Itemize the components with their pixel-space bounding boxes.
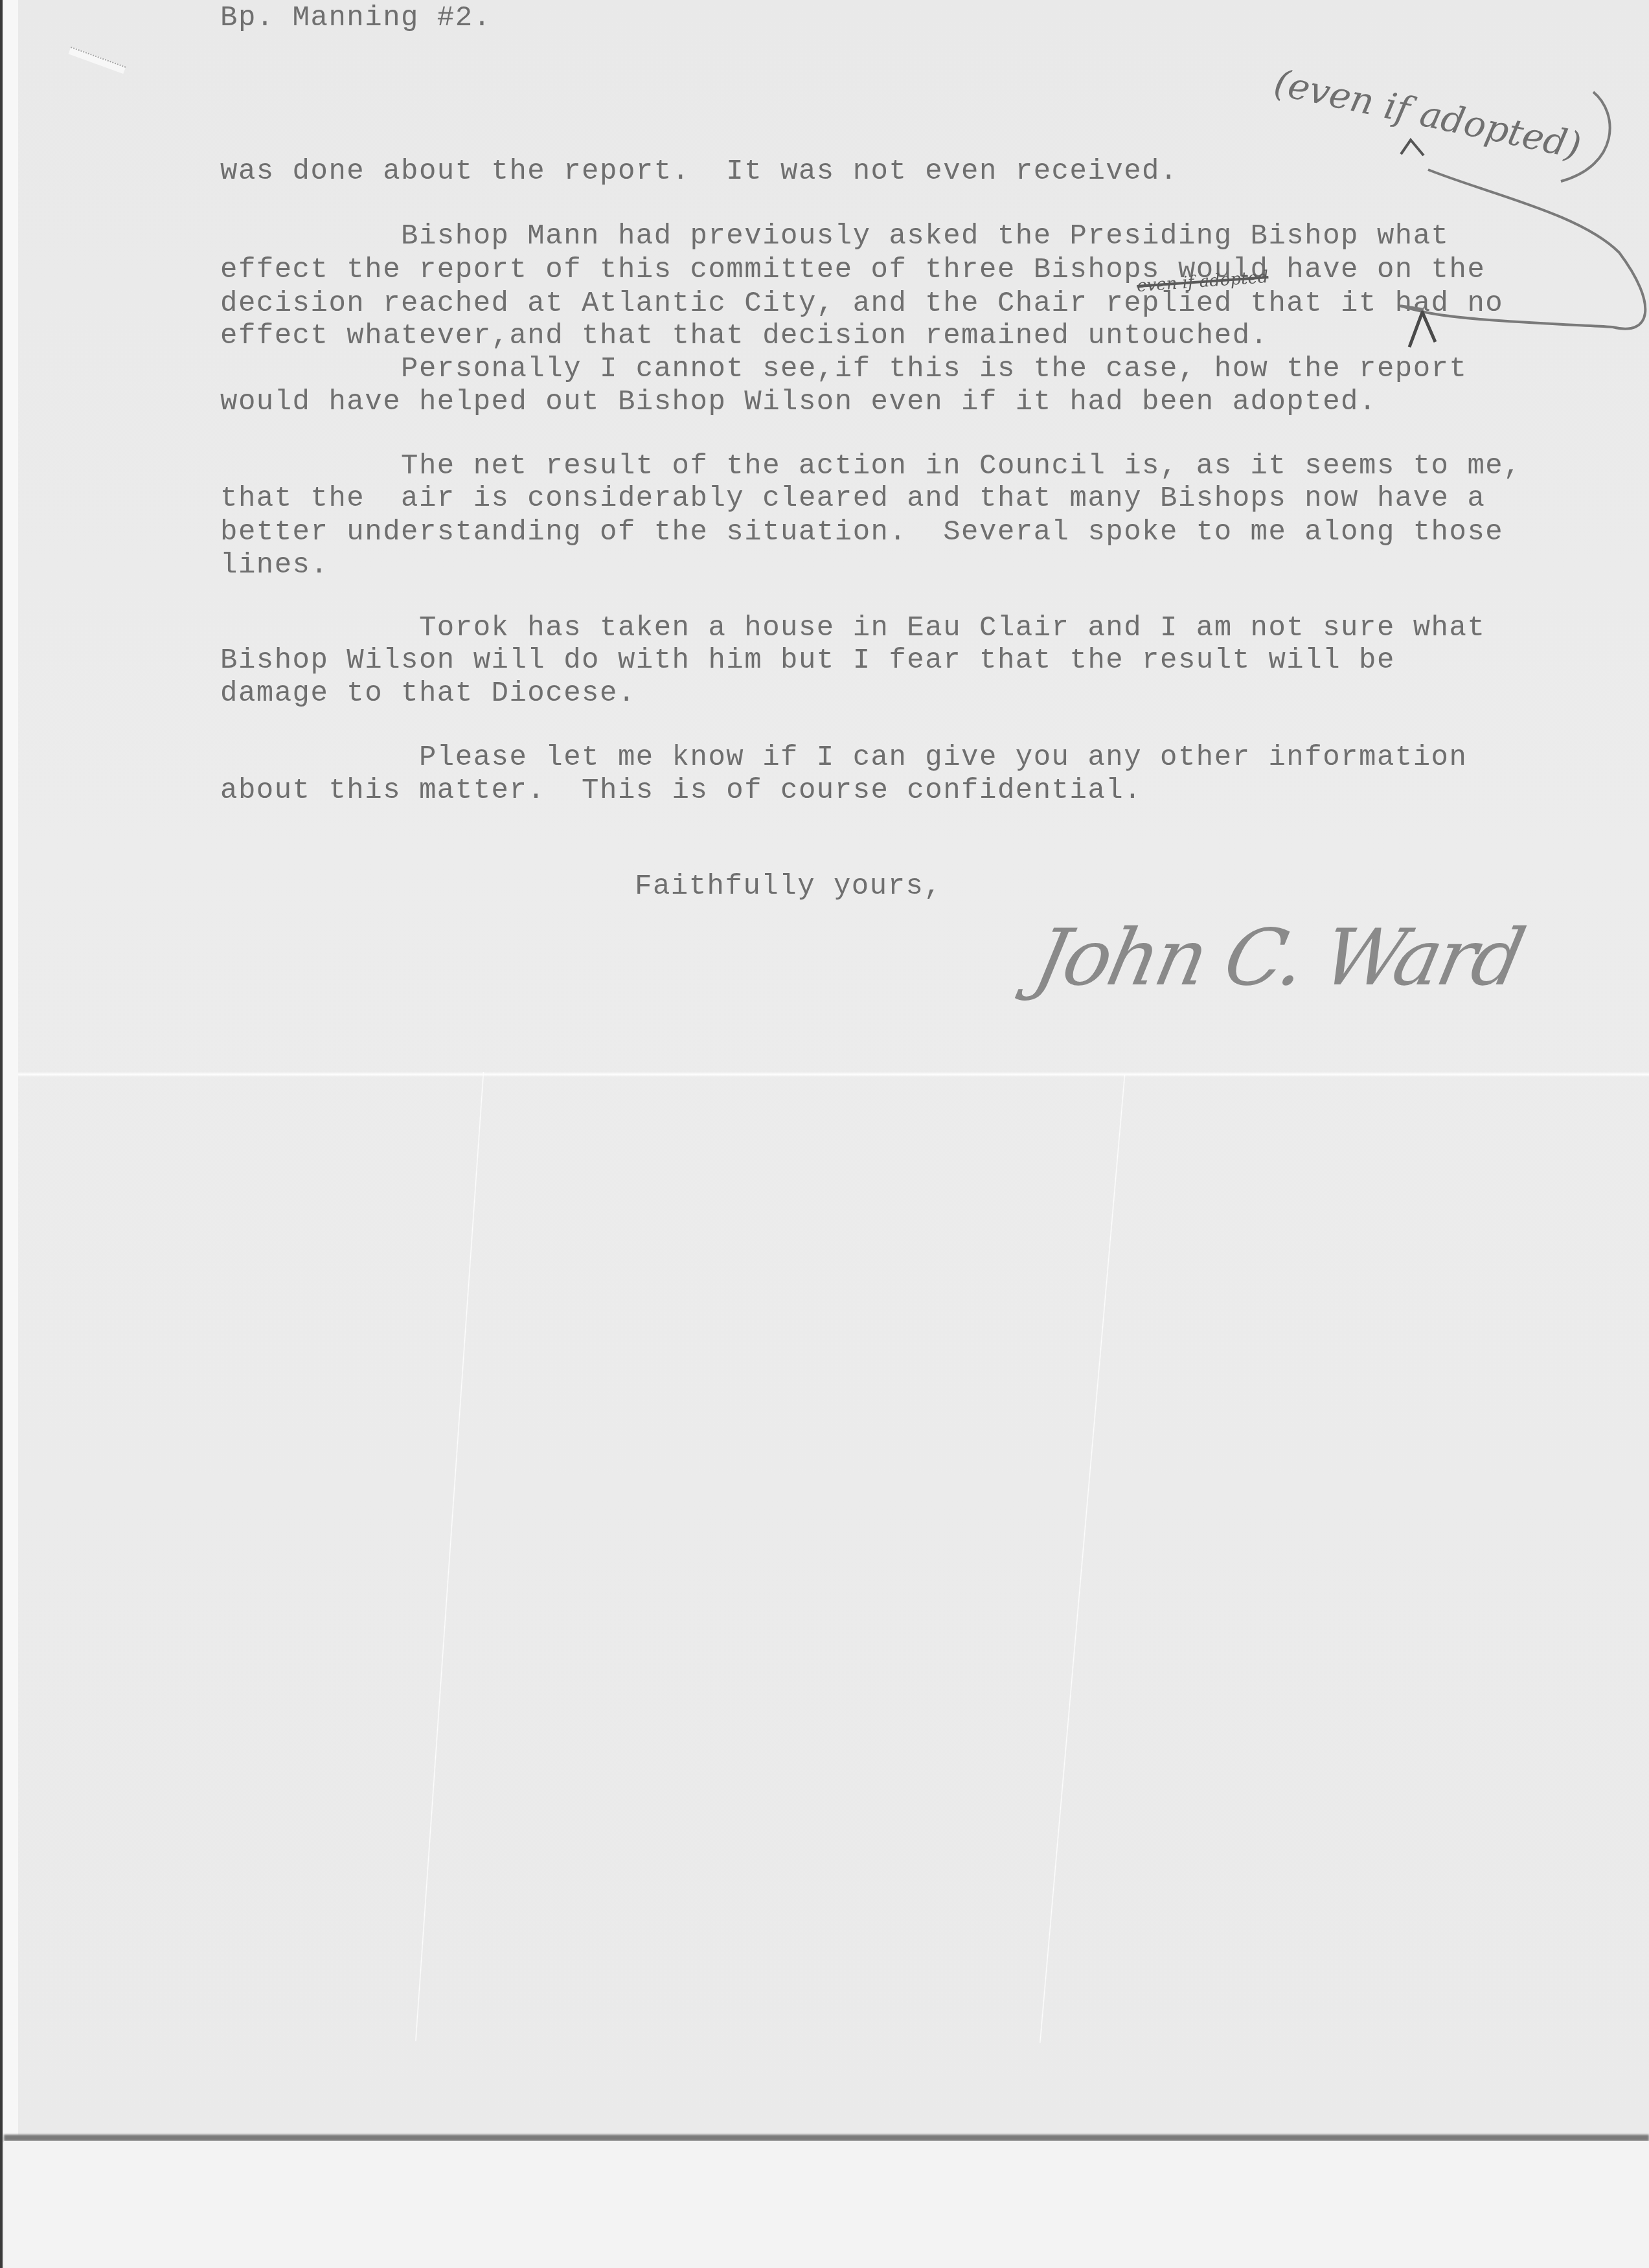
paragraph-5-line-1: Please let me know if I can give you any… — [220, 742, 1467, 774]
scan-margin — [3, 0, 18, 2137]
paragraph-5-line-2: about this matter. This is of course con… — [220, 775, 1142, 807]
paragraph-3-line-3: better understanding of the situation. S… — [220, 516, 1503, 549]
paragraph-2-line-2: effect the report of this committee of t… — [220, 254, 1485, 286]
paragraph-2-line-4: effect whatever,and that that decision r… — [220, 320, 1268, 352]
paragraph-2-line-5: Personally I cannot see,if this is the c… — [220, 353, 1467, 385]
paragraph-2-line-3: decision reached at Atlantic City, and t… — [220, 288, 1503, 320]
closing: Faithfully yours, — [635, 870, 942, 903]
signature: John C. Ward — [1027, 913, 1530, 1003]
paragraph-4-line-1: Torok has taken a house in Eau Clair and… — [220, 612, 1485, 644]
page-header: Bp. Manning #2. — [220, 2, 492, 34]
paragraph-2-line-1: Bishop Mann had previously asked the Pre… — [220, 220, 1450, 253]
fold-crease-horizontal — [18, 1072, 1649, 1077]
paragraph-1-line-1: was done about the report. It was not ev… — [220, 155, 1178, 188]
paragraph-3-line-2: that the air is considerably cleared and… — [220, 482, 1485, 515]
paragraph-3-line-4: lines. — [220, 549, 328, 582]
paragraph-3-line-1: The net result of the action in Council … — [220, 450, 1521, 482]
paragraph-4-line-2: Bishop Wilson will do with him but I fea… — [220, 644, 1395, 677]
paragraph-2-line-6: would have helped out Bishop Wilson even… — [220, 386, 1377, 418]
paper-edge-shadow — [4, 2135, 1649, 2141]
scanner-bed — [4, 2141, 1649, 2268]
paragraph-4-line-3: damage to that Diocese. — [220, 677, 636, 710]
